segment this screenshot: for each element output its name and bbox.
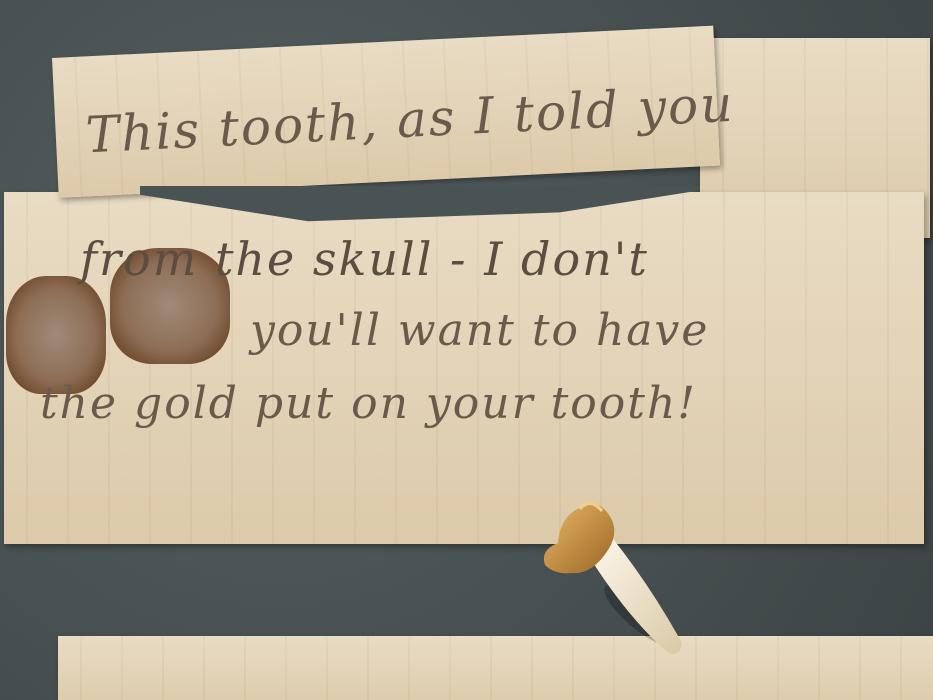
note-line-1: This tooth, as I told you [84,75,735,165]
note-line-4: the gold put on your tooth! [40,378,697,429]
paper-strip-top: This tooth, as I told you [52,26,720,198]
paper-sheet-bottom [58,636,933,700]
rust-stain [6,276,106,394]
gold-capped-tooth [530,495,690,665]
note-line-2: from the skull - I don't [80,232,649,286]
note-line-3: you'll want to have [250,305,709,356]
